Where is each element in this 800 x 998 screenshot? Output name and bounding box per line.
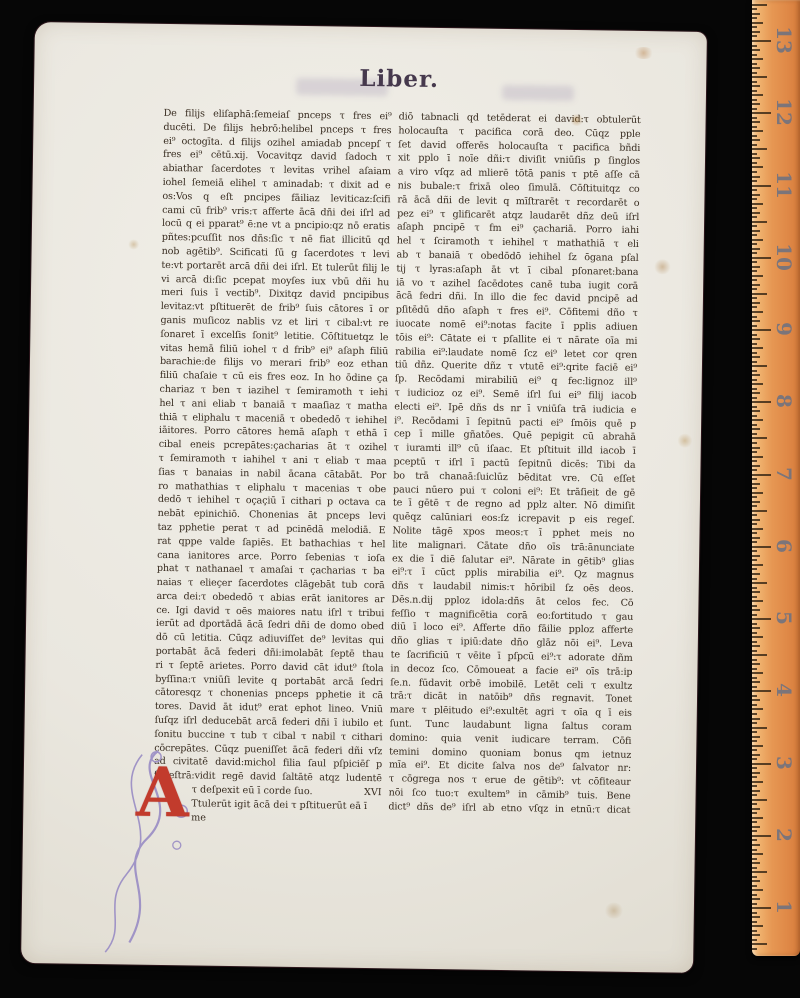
text-line: Ttulerūt igit ācā dei τ pſtituerūt eā ī …	[191, 797, 381, 814]
ruler-tick	[752, 817, 763, 819]
ruler-tick	[752, 311, 763, 313]
ruler-tick	[752, 153, 757, 155]
ruler-tick	[752, 785, 757, 787]
ruler-tick	[752, 821, 757, 823]
ruler-tick	[752, 654, 767, 656]
ruler-tick	[752, 171, 757, 173]
ruler-tick	[752, 388, 757, 390]
ruler-tick	[752, 510, 767, 512]
ruler-tick	[752, 225, 757, 227]
ruler-tick	[752, 659, 757, 661]
ruler-tick	[752, 808, 760, 810]
ruler-inch-number: 10	[770, 243, 798, 271]
ruler-tick	[752, 722, 757, 724]
ruler-tick	[752, 849, 757, 851]
ruler-tick	[752, 370, 757, 372]
ruler-tick	[752, 302, 760, 304]
ruler-tick	[752, 537, 760, 539]
ruler-tick	[752, 790, 760, 792]
foxing-spot	[677, 434, 693, 448]
ruler-tick	[752, 365, 767, 367]
ruler-tick	[752, 523, 757, 525]
illuminated-initial-A: A	[135, 757, 190, 834]
ruler-inch-number: 3	[770, 749, 798, 777]
ruler-tick	[752, 948, 757, 950]
ruler-tick	[752, 212, 760, 214]
ruler-inch-number: 6	[770, 532, 798, 560]
ruler-tick	[752, 519, 760, 521]
ruler-tick	[752, 636, 763, 638]
ruler-tick	[752, 853, 763, 855]
ruler-tick	[752, 934, 760, 936]
ruler-tick	[752, 916, 760, 918]
ruler-tick	[752, 532, 757, 534]
ruler-tick	[752, 830, 757, 832]
ruler-tick	[752, 347, 763, 349]
ruler-tick	[752, 812, 757, 814]
ruler-tick	[752, 677, 757, 679]
ruler-tick	[752, 252, 757, 254]
ruler-tick	[752, 17, 757, 19]
ruler-tick	[752, 447, 760, 449]
ruler-tick	[752, 40, 771, 42]
ruler-tick	[752, 352, 757, 354]
ruler-tick	[752, 103, 760, 105]
ruler-tick	[752, 867, 757, 869]
ruler-tick	[752, 708, 763, 710]
ruler-tick	[752, 681, 760, 683]
ruler-tick	[752, 383, 763, 385]
ruler-tick	[752, 316, 757, 318]
ruler-tick	[752, 876, 757, 878]
ruler-tick	[752, 799, 767, 801]
ruler-tick	[752, 564, 763, 566]
ruler-tick	[752, 239, 763, 241]
ruler-tick	[752, 618, 771, 620]
ruler-tick	[752, 166, 763, 168]
ruler-tick	[752, 650, 757, 652]
ruler-tick	[752, 329, 771, 331]
ruler-tick	[752, 889, 763, 891]
ruler-tick	[752, 858, 757, 860]
ruler-tick	[752, 605, 757, 607]
ruler-tick	[752, 22, 763, 24]
ruler-tick	[752, 433, 757, 435]
ruler-inch-number: 5	[770, 604, 798, 632]
ruler-tick	[752, 207, 757, 209]
ruler-tick	[752, 415, 757, 417]
ruler-tick	[752, 334, 757, 336]
ruler-tick	[752, 81, 757, 83]
ruler-tick	[752, 754, 760, 756]
ruler-tick	[752, 514, 757, 516]
ruler-tick	[752, 546, 771, 548]
ruler-tick	[752, 745, 763, 747]
photo-backdrop: Liber. De filijs eliſaphā:ſemeiaſ pnceps…	[0, 0, 800, 998]
ruler-tick	[752, 465, 760, 467]
ruler-tick	[752, 94, 763, 96]
foxing-spot	[604, 903, 624, 919]
ruler-tick	[752, 587, 757, 589]
ruler-tick	[752, 474, 771, 476]
ruler-tick	[752, 401, 771, 403]
ruler-tick	[752, 925, 763, 927]
ruler-tick	[752, 279, 757, 281]
ruler-tick	[752, 803, 757, 805]
ruler-tick	[752, 230, 760, 232]
ruler-tick	[752, 67, 760, 69]
ruler-tick	[752, 704, 757, 706]
ruler-tick	[752, 582, 767, 584]
ruler-tick	[752, 731, 757, 733]
ruler-tick	[752, 112, 771, 114]
ruler-tick	[752, 176, 760, 178]
ruler-tick	[752, 596, 757, 598]
ruler-tick	[752, 907, 771, 909]
ruler-tick	[752, 266, 760, 268]
ruler-tick	[752, 248, 760, 250]
ruler-tick	[752, 555, 760, 557]
ruler-tick	[752, 528, 763, 530]
ruler-tick	[752, 135, 757, 137]
ruler-tick	[752, 221, 767, 223]
ruler-tick	[752, 763, 771, 765]
ruler-tick	[752, 185, 771, 187]
ruler-tick	[752, 261, 757, 263]
ruler-tick	[752, 600, 763, 602]
ruler-tick	[752, 338, 760, 340]
ruler-tick	[752, 325, 757, 327]
ruler-tick	[752, 609, 760, 611]
ruler-inch-number: 9	[770, 315, 798, 343]
ruler-tick	[752, 144, 757, 146]
ruler-tick	[752, 591, 760, 593]
ruler-tick	[752, 99, 757, 101]
ruler-tick	[752, 862, 760, 864]
ruler-tick	[752, 270, 757, 272]
ruler-tick	[752, 736, 760, 738]
ruler-tick	[752, 663, 760, 665]
ruler-tick	[752, 194, 760, 196]
ruler-tick	[752, 356, 760, 358]
ruler-tick	[752, 49, 760, 51]
ruler-inch-number: 1	[770, 893, 798, 921]
ruler-tick	[752, 8, 757, 10]
ruler-tick	[752, 126, 757, 128]
ruler-tick	[752, 614, 757, 616]
ruler-tick	[752, 460, 757, 462]
ruler-tick	[752, 478, 757, 480]
ruler-tick	[752, 234, 757, 236]
ruler-inch-number: 12	[770, 98, 798, 126]
ruler-inch-number: 13	[770, 26, 798, 54]
ruler-tick	[752, 26, 757, 28]
ruler-tick	[752, 645, 760, 647]
chapter-number: XVI	[364, 786, 382, 800]
ruler-tick	[752, 767, 757, 769]
ruler-tick	[752, 627, 760, 629]
ruler-tick	[752, 306, 757, 308]
ink-showthrough	[502, 85, 574, 101]
ruler-tick	[752, 243, 757, 245]
ruler-tick	[752, 297, 757, 299]
ruler-inch-number: 2	[770, 821, 798, 849]
running-title: Liber.	[299, 64, 499, 94]
text-line: dict⁹ dñs de⁹ iſrl ab etno vſqz in etnū:…	[388, 800, 630, 817]
foxing-spot	[633, 47, 655, 59]
ruler-tick	[752, 293, 767, 295]
ruler-tick	[752, 505, 757, 507]
ruler-tick	[752, 275, 763, 277]
ruler-tick	[752, 343, 757, 345]
ruler-tick	[752, 130, 763, 132]
ruler-tick	[752, 880, 760, 882]
ruler-tick	[752, 76, 767, 78]
ruler-tick	[752, 139, 760, 141]
ruler-tick	[752, 550, 757, 552]
ruler-tick	[752, 424, 757, 426]
manuscript-leaf: Liber. De filijs eliſaphā:ſemeiaſ pnceps…	[21, 22, 707, 973]
ruler-tick	[752, 397, 757, 399]
ruler-tick	[752, 442, 757, 444]
ruler-tick	[752, 117, 757, 119]
ruler-tick	[752, 108, 757, 110]
ruler-tick	[752, 257, 771, 259]
ruler-tick	[752, 943, 767, 945]
ruler-tick	[752, 894, 757, 896]
ruler-tick	[752, 157, 760, 159]
ruler-tick	[752, 492, 763, 494]
ruler-tick	[752, 772, 760, 774]
ruler-tick	[752, 559, 757, 561]
ruler-tick	[752, 284, 760, 286]
ruler-tick	[752, 541, 757, 543]
ruler-tick	[752, 410, 760, 412]
ruler-tick	[752, 35, 757, 37]
ruler-tick	[752, 713, 757, 715]
ruler-tick	[752, 930, 757, 932]
ruler-tick	[752, 469, 757, 471]
ruler-tick	[752, 641, 757, 643]
ruler-tick	[752, 189, 757, 191]
ruler-tick	[752, 885, 757, 887]
ruler-tick	[752, 749, 757, 751]
ruler-tick	[752, 148, 767, 150]
text-line: τ deſpexit eū ī corde ſuo.	[192, 783, 313, 799]
ruler-tick	[752, 686, 757, 688]
ruler-tick	[752, 63, 757, 65]
ruler-tick	[752, 487, 757, 489]
ruler-tick	[752, 483, 760, 485]
ruler-tick	[752, 632, 757, 634]
ruler-tick	[752, 835, 771, 837]
ruler-tick	[752, 437, 767, 439]
ruler-tick	[752, 623, 757, 625]
foxing-spot	[128, 239, 140, 249]
ruler-tick	[752, 54, 757, 56]
ruler-tick	[752, 4, 767, 6]
ruler-tick	[752, 727, 767, 729]
ruler-tick	[752, 203, 763, 205]
ruler-tick	[752, 451, 757, 453]
ruler-tick	[752, 180, 757, 182]
ruler-tick	[752, 419, 763, 421]
ruler-tick	[752, 921, 757, 923]
ruler-tick	[752, 45, 757, 47]
ruler-tick	[752, 781, 763, 783]
ruler-inch-number: 7	[770, 460, 798, 488]
ruler-tick	[752, 839, 757, 841]
ruler-tick	[752, 826, 760, 828]
ruler-tick	[752, 85, 760, 87]
ruler-tick	[752, 939, 757, 941]
ruler-tick	[752, 456, 763, 458]
ruler-tick	[752, 672, 763, 674]
ruler-tick	[752, 72, 757, 74]
ruler-tick	[752, 690, 771, 692]
ruler-tick	[752, 568, 757, 570]
ruler-tick	[752, 871, 767, 873]
ruler-tick	[752, 288, 757, 290]
ruler-tick	[752, 13, 760, 15]
ruler-tick	[752, 898, 760, 900]
ruler-tick	[752, 121, 760, 123]
ruler-tick	[752, 573, 760, 575]
ruler-tick	[752, 216, 757, 218]
ruler-tick	[752, 392, 760, 394]
ruler-tick	[752, 912, 757, 914]
ruler-tick	[752, 162, 757, 164]
ruler-tick	[752, 903, 757, 905]
ruler-tick	[752, 578, 757, 580]
ruler-tick	[752, 718, 760, 720]
ruler-tick	[752, 776, 757, 778]
ruler-tick	[752, 794, 757, 796]
ruler-tick	[752, 496, 757, 498]
ruler-tick	[752, 374, 760, 376]
ruler-inch-number: 8	[770, 387, 798, 415]
ruler-tick	[752, 699, 760, 701]
ruler-tick	[752, 695, 757, 697]
ruler-inch-number: 11	[770, 171, 798, 199]
chapter-xvi-start: A τ deſpexit eū ī corde ſuo. XVI Ttulerū…	[131, 759, 382, 978]
foxing-spot	[653, 259, 671, 274]
text-column-right: diō tabnacli qd tetēderat ei david:τ obt…	[388, 110, 640, 822]
ruler-tick	[752, 320, 760, 322]
ruler-tick	[752, 379, 757, 381]
ruler-tick	[752, 58, 763, 60]
ruler-tick	[752, 844, 760, 846]
ruler-tick	[752, 428, 760, 430]
wooden-ruler: 13121110987654321	[752, 0, 800, 956]
ruler-tick	[752, 90, 757, 92]
ruler-tick	[752, 758, 757, 760]
ruler-tick	[752, 501, 760, 503]
ruler-tick	[752, 361, 757, 363]
ruler-inch-number: 4	[770, 676, 798, 704]
ruler-tick	[752, 668, 757, 670]
ruler-tick	[752, 31, 760, 33]
ruler-tick	[752, 740, 757, 742]
ruler-tick	[752, 198, 757, 200]
text-column-left: De filijs eliſaphā:ſemeiaſ pnceps τ fres…	[154, 107, 392, 790]
ruler-tick	[752, 406, 757, 408]
